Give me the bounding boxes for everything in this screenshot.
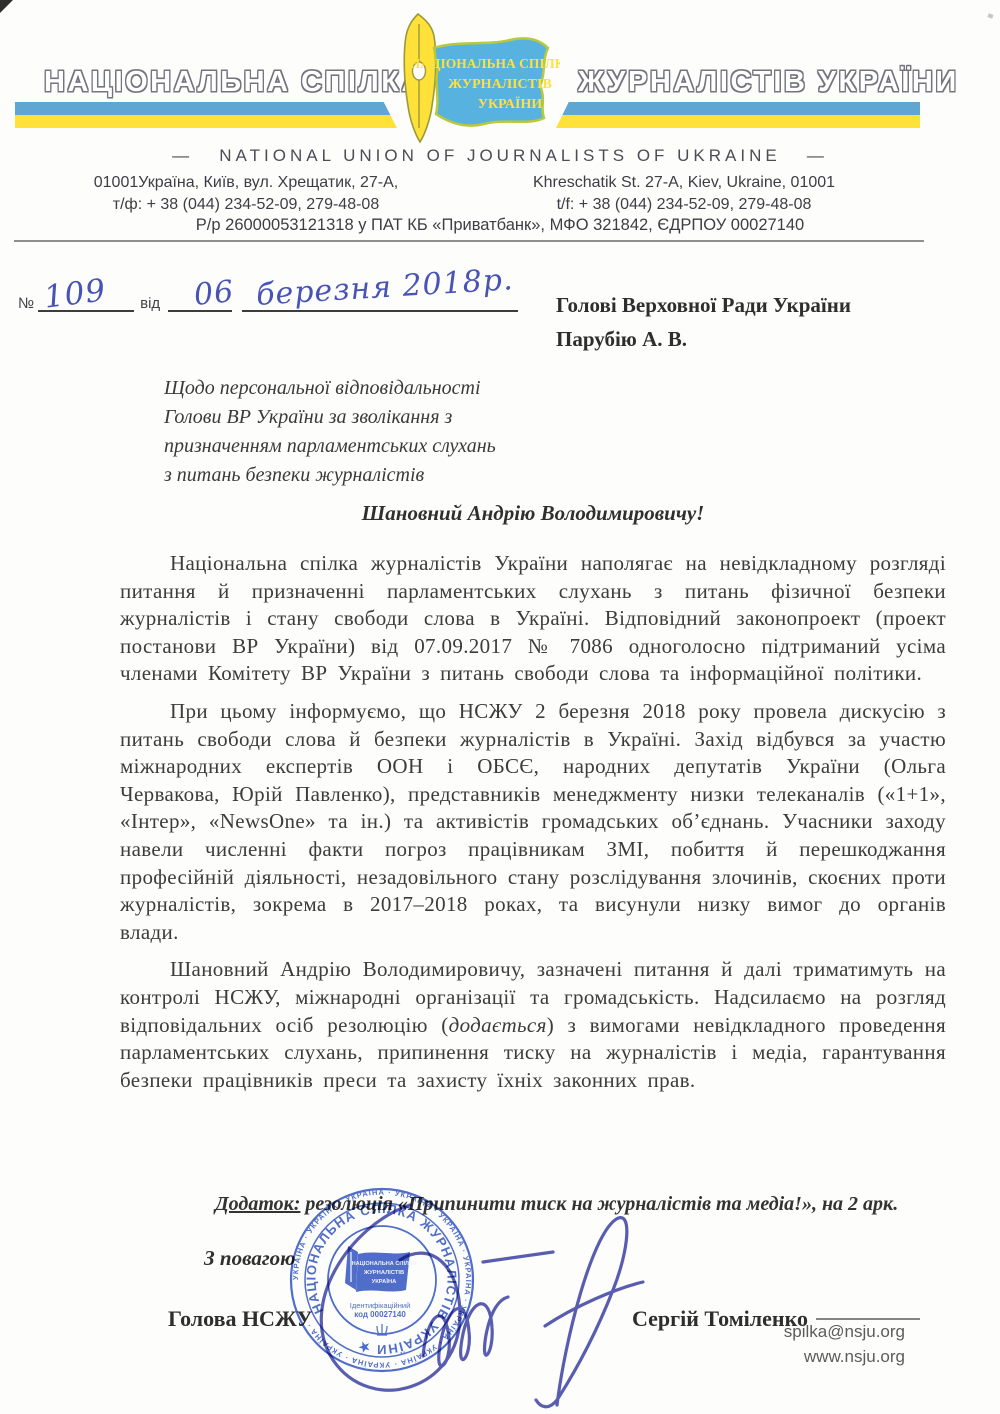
logo-flag-line2: ЖУРНАЛІСТІВ xyxy=(448,77,552,92)
salutation: Шановний Андрію Володимировичу! xyxy=(120,501,946,526)
recipient-line1: Голові Верховної Ради України xyxy=(556,288,851,322)
number-label: № xyxy=(18,295,34,312)
org-title-left: НАЦІОНАЛЬНА СПІЛКА xyxy=(44,66,425,99)
flag-stripe-left xyxy=(15,102,397,128)
union-logo-pen-flag-icon: НАЦІОНАЛЬНА СПІЛКА ЖУРНАЛІСТІВ УКРАЇНИ xyxy=(388,10,560,148)
paragraph-2: При цьому інформуємо, що НСЖУ 2 березня … xyxy=(120,698,946,946)
subject-line1: Щодо персональної відповідальності xyxy=(164,374,496,403)
address-uk-line1: 01001Україна, Київ, вул. Хрещатик, 27-А, xyxy=(78,172,414,194)
subject-block: Щодо персональної відповідальності Голов… xyxy=(164,374,496,490)
subject-line4: з питань безпеки журналістів xyxy=(164,461,496,490)
flag-stripe-right xyxy=(556,102,920,128)
address-ukrainian: 01001Україна, Київ, вул. Хрещатик, 27-А,… xyxy=(78,172,414,216)
logo-flag-line3: УКРАЇНИ xyxy=(478,96,543,112)
org-title-right: ЖУРНАЛІСТІВ УКРАЇНИ xyxy=(578,66,959,99)
contact-email: spilka@nsju.org xyxy=(660,1322,905,1342)
bank-details: Р/р 26000053121318 у ПАТ КБ «Приватбанк»… xyxy=(0,216,1000,235)
letter-body: Національна спілка журналістів України н… xyxy=(120,550,946,1104)
address-en-line1: Khreschatik St. 27-A, Kiev, Ukraine, 010… xyxy=(516,172,852,194)
signature-line xyxy=(816,1318,920,1320)
recipient-block: Голові Верховної Ради України Парубію А.… xyxy=(556,288,851,356)
paragraph-3: Шановний Андрію Володимировичу, зазначен… xyxy=(120,956,946,1094)
logo-flag-line1: НАЦІОНАЛЬНА СПІЛКА xyxy=(410,56,560,71)
handwritten-day: 06 xyxy=(192,274,236,313)
handwritten-signature xyxy=(295,1180,655,1414)
subject-line2: Голови ВР України за зволікання з xyxy=(164,403,496,432)
dash-left: — xyxy=(172,146,193,165)
subject-line3: призначенням парламентських слухань xyxy=(164,432,496,461)
contact-website: www.nsju.org xyxy=(660,1347,905,1367)
scanned-letter-page: НАЦІОНАЛЬНА СПІЛКА ЖУРНАЛІСТІВ УКРАЇНИ Н… xyxy=(0,0,1000,1414)
address-uk-line2: т/ф: + 38 (044) 234-52-09, 279-48-08 xyxy=(78,194,414,216)
handwritten-doc-number: 109 xyxy=(42,272,108,315)
address-en-line2: t/f: + 38 (044) 234-52-09, 279-48-08 xyxy=(516,194,852,216)
english-org-name: — NATIONAL UNION OF JOURNALISTS OF UKRAI… xyxy=(0,146,1000,166)
closing-regards: З повагою xyxy=(204,1246,295,1271)
paragraph-1: Національна спілка журналістів України н… xyxy=(120,550,946,688)
vid-label: від xyxy=(140,295,160,312)
recipient-line2: Парубію А. В. xyxy=(556,322,851,356)
scan-speck-artifact xyxy=(987,13,993,18)
paragraph-3-italic: додається xyxy=(449,1013,547,1037)
english-org-name-text: NATIONAL UNION OF JOURNALISTS OF UKRAINE xyxy=(219,146,780,165)
header-divider xyxy=(14,240,924,242)
dash-right: — xyxy=(807,146,828,165)
scan-corner-artifact xyxy=(0,0,13,13)
address-english: Khreschatik St. 27-A, Kiev, Ukraine, 010… xyxy=(516,172,852,216)
